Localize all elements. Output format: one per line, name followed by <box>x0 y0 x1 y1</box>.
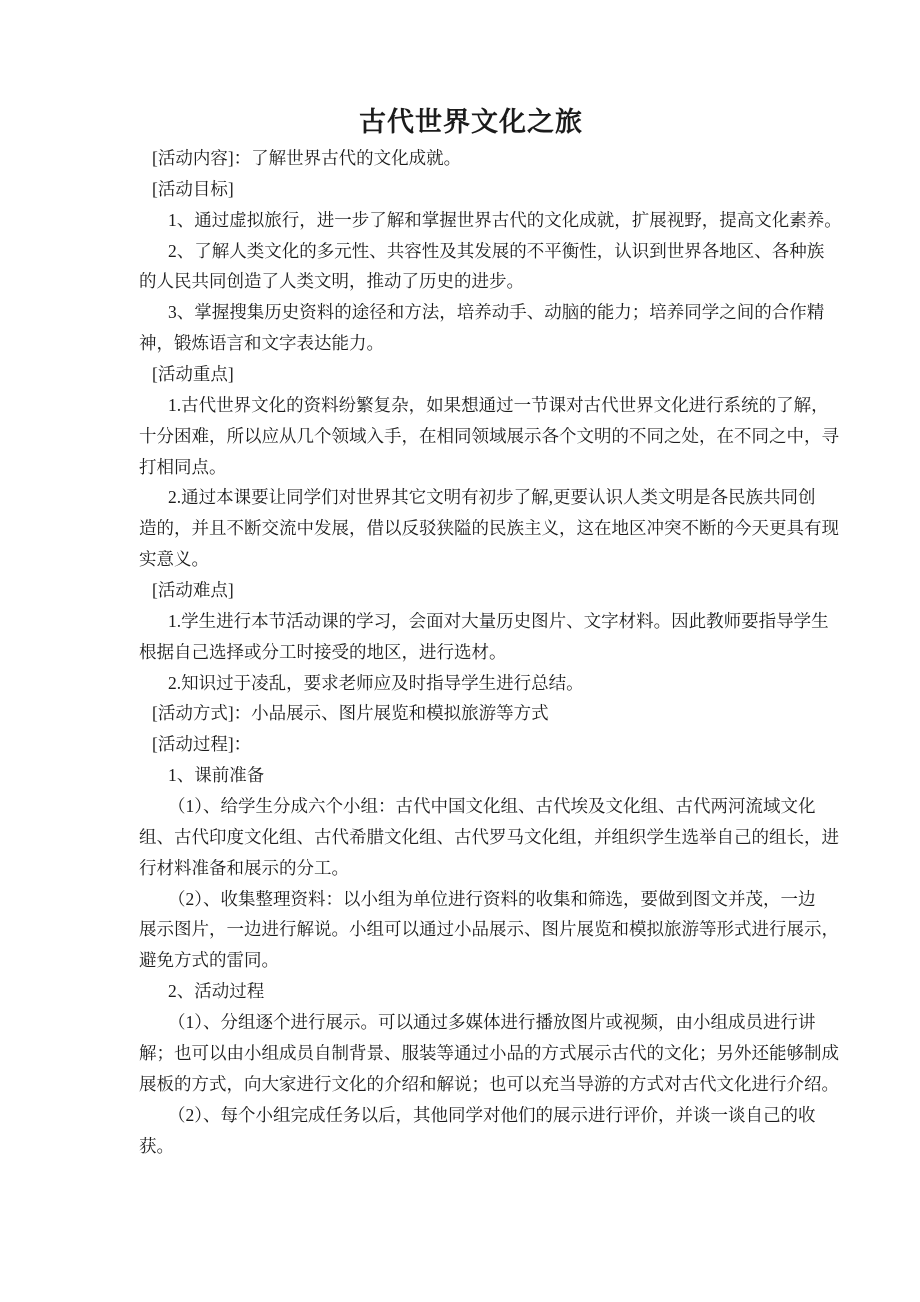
document-line: [活动过程]： <box>139 729 811 760</box>
document-line: 2、了解人类文化的多元性、共容性及其发展的不平衡性，认识到世界各地区、各种族 <box>139 236 811 267</box>
document-line: （1）、给学生分成六个小组：古代中国文化组、古代埃及文化组、古代两河流域文化 <box>139 791 811 822</box>
document-body: [活动内容]：了解世界古代的文化成就。[活动目标]1、通过虚拟旅行，进一步了解和… <box>139 143 811 1161</box>
document-line: 展示图片，一边进行解说。小组可以通过小品展示、图片展览和模拟旅游等形式进行展示， <box>139 914 811 945</box>
document-line: 根据自己选择或分工时接受的地区，进行选材。 <box>139 637 811 668</box>
document-line: 1、课前准备 <box>139 760 811 791</box>
document-line: 1、通过虚拟旅行，进一步了解和掌握世界古代的文化成就，扩展视野，提高文化素养。 <box>139 205 811 236</box>
document-line: 行材料准备和展示的分工。 <box>139 853 811 884</box>
document-title: 古代世界文化之旅 <box>139 103 803 141</box>
document-page: 古代世界文化之旅 [活动内容]：了解世界古代的文化成就。[活动目标]1、通过虚拟… <box>0 0 920 1302</box>
document-line: 的人民共同创造了人类文明，推动了历史的进步。 <box>139 266 811 297</box>
document-line: [活动目标] <box>139 174 811 205</box>
document-line: （2）、每个小组完成任务以后，其他同学对他们的展示进行评价，并谈一谈自己的收 <box>139 1100 811 1131</box>
document-line: 2、活动过程 <box>139 976 811 1007</box>
document-line: 2.通过本课要让同学们对世界其它文明有初步了解,更要认识人类文明是各民族共同创 <box>139 482 811 513</box>
document-line: 展板的方式，向大家进行文化的介绍和解说；也可以充当导游的方式对古代文化进行介绍。 <box>139 1069 811 1100</box>
document-line: 组、古代印度文化组、古代希腊文化组、古代罗马文化组，并组织学生选举自己的组长，进 <box>139 822 811 853</box>
document-line: 2.知识过于凌乱，要求老师应及时指导学生进行总结。 <box>139 668 811 699</box>
document-line: [活动难点] <box>139 575 811 606</box>
document-line: 3、掌握搜集历史资料的途径和方法，培养动手、动脑的能力；培养同学之间的合作精 <box>139 297 811 328</box>
document-line: 实意义。 <box>139 544 811 575</box>
document-line: 十分困难，所以应从几个领域入手，在相同领域展示各个文明的不同之处，在不同之中，寻 <box>139 421 811 452</box>
document-line: 获。 <box>139 1131 811 1162</box>
document-line: 1.古代世界文化的资料纷繁复杂，如果想通过一节课对古代世界文化进行系统的了解， <box>139 390 811 421</box>
document-line: 1.学生进行本节活动课的学习，会面对大量历史图片、文字材料。因此教师要指导学生 <box>139 606 811 637</box>
document-line: 解；也可以由小组成员自制背景、服装等通过小品的方式展示古代的文化；另外还能够制成 <box>139 1038 811 1069</box>
document-line: 避免方式的雷同。 <box>139 945 811 976</box>
document-line: [活动内容]：了解世界古代的文化成就。 <box>139 143 811 174</box>
document-line: 造的，并且不断交流中发展，借以反驳狭隘的民族主义，这在地区冲突不断的今天更具有现 <box>139 513 811 544</box>
document-line: [活动方式]：小品展示、图片展览和模拟旅游等方式 <box>139 698 811 729</box>
document-line: 神，锻炼语言和文字表达能力。 <box>139 328 811 359</box>
document-line: （1）、分组逐个进行展示。可以通过多媒体进行播放图片或视频，由小组成员进行讲 <box>139 1007 811 1038</box>
document-line: （2）、收集整理资料：以小组为单位进行资料的收集和筛选，要做到图文并茂，一边 <box>139 884 811 915</box>
document-line: 打相同点。 <box>139 452 811 483</box>
document-line: [活动重点] <box>139 359 811 390</box>
